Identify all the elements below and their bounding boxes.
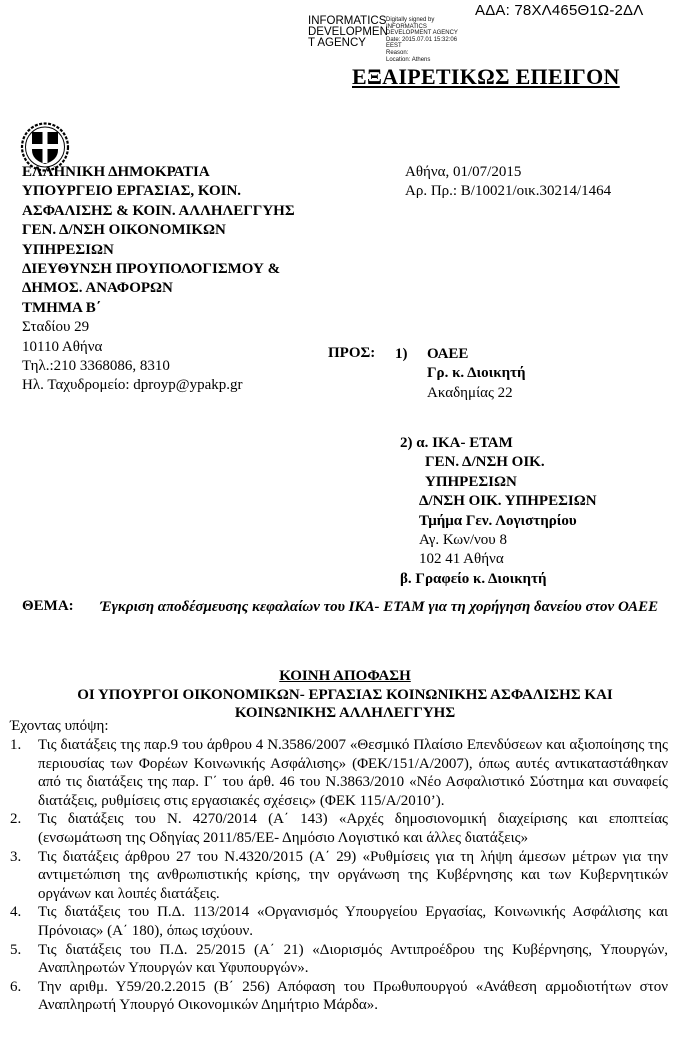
recipient-line: Τμήμα Γεν. Λογιστηρίου xyxy=(400,512,597,531)
protocol-number: Αρ. Πρ.: Β/10021/οικ.30214/1464 xyxy=(405,182,611,201)
sender-line: ΥΠΗΡΕΣΙΩΝ xyxy=(22,241,295,260)
decision-title: ΚΟΙΝΗ ΑΠΟΦΑΣΗ xyxy=(0,668,690,685)
sender-line: ΑΣΦΑΛΙΣΗΣ & ΚΟΙΝ. ΑΛΛΗΛΕΓΓΥΗΣ xyxy=(22,202,295,221)
sender-line: ΥΠΟΥΡΓΕΙΟ ΕΡΓΑΣΙΑΣ, ΚΟΙΝ. xyxy=(22,182,295,201)
recipient-number: 1) xyxy=(395,345,408,364)
list-item: 5.Τις διατάξεις του Π.Δ. 25/2015 (Α΄ 21)… xyxy=(10,941,668,978)
item-text: Τις διατάξεις του Ν. 4270/2014 (Α΄ 143) … xyxy=(38,811,668,846)
sender-line: ΓΕΝ. Δ/ΝΣΗ ΟΙΚΟΝΟΜΙΚΩΝ xyxy=(22,221,295,240)
signature-metadata: Digitally signed by INFORMATICS DEVELOPM… xyxy=(386,17,458,63)
recipient-line: ΥΠΗΡΕΣΙΩΝ xyxy=(400,473,597,492)
item-text: Τις διατάξεις του Π.Δ. 25/2015 (Α΄ 21) «… xyxy=(38,942,668,977)
recipient-line: Δ/ΝΣΗ ΟΙΚ. ΥΠΗΡΕΣΙΩΝ xyxy=(400,492,597,511)
recipient-beta: β. Γραφείο κ. Διοικητή xyxy=(400,570,597,589)
item-number: 5. xyxy=(10,941,21,960)
digital-signer: INFORMATICS DEVELOPMEN T AGENCY xyxy=(308,16,388,49)
sender-line: ΔΙΕΥΘΥΝΣΗ ΠΡΟΥΠΟΛΟΓΙΣΜΟΥ & xyxy=(22,260,295,279)
signature-meta-line: EEST xyxy=(386,43,458,50)
item-number: 6. xyxy=(10,978,21,997)
sender-city: 10110 Αθήνα xyxy=(22,338,295,357)
list-item: 4.Τις διατάξεις του Π.Δ. 113/2014 «Οργαν… xyxy=(10,903,668,940)
signer-line: T AGENCY xyxy=(308,38,388,49)
recipients-label: ΠΡΟΣ: xyxy=(328,345,375,362)
list-item: 2.Τις διατάξεις του Ν. 4270/2014 (Α΄ 143… xyxy=(10,810,668,847)
recipient-address: Αγ. Κων/νου 8 xyxy=(400,531,597,550)
recipient-head: 2) α. ΙΚΑ- ΕΤΑΜ xyxy=(400,434,597,453)
sender-block: ΕΛΛΗΝΙΚΗ ΔΗΜΟΚΡΑΤΙΑ ΥΠΟΥΡΓΕΙΟ ΕΡΓΑΣΙΑΣ, … xyxy=(22,163,295,396)
sender-line: ΕΛΛΗΝΙΚΗ ΔΗΜΟΚΡΑΤΙΑ xyxy=(22,163,295,182)
list-item: 3.Τις διατάξεις άρθρου 27 του Ν.4320/201… xyxy=(10,848,668,904)
sender-line: ΤΜΗΜΑ Β΄ xyxy=(22,299,295,318)
signature-meta-line: DEVELOPMENT AGENCY xyxy=(386,30,458,37)
item-text: Τις διατάξεις της παρ.9 του άρθρου 4 Ν.3… xyxy=(38,737,668,809)
date-block: Αθήνα, 01/07/2015 Αρ. Πρ.: Β/10021/οικ.3… xyxy=(405,163,611,202)
recipient-2: 2) α. ΙΚΑ- ΕΤΑΜ ΓΕΝ. Δ/ΝΣΗ ΟΙΚ. ΥΠΗΡΕΣΙΩ… xyxy=(400,434,597,589)
item-number: 1. xyxy=(10,736,21,755)
item-text: Τις διατάξεις άρθρου 27 του Ν.4320/2015 … xyxy=(38,849,668,902)
signature-meta-line: Digitally signed by xyxy=(386,17,458,24)
recipient-name: ΟΑΕΕ xyxy=(427,345,526,364)
sender-email[interactable]: Ηλ. Ταχυδρομείο: dproyp@ypakp.gr xyxy=(22,376,295,395)
recipient-attention: Γρ. κ. Διοικητή xyxy=(427,364,526,383)
ministers-heading: ΟΙ ΥΠΟΥΡΓΟΙ ΟΙΚΟΝΟΜΙΚΩΝ- ΕΡΓΑΣΙΑΣ ΚΟΙΝΩΝ… xyxy=(0,686,690,722)
signature-meta-line: INFORMATICS xyxy=(386,24,458,31)
signature-meta-line: Reason: xyxy=(386,50,458,57)
recipient-city: 102 41 Αθήνα xyxy=(400,550,597,569)
item-text: Την αριθμ. Υ59/20.2.2015 (Β΄ 256) Απόφασ… xyxy=(38,979,668,1014)
list-item: 1.Τις διατάξεις της παρ.9 του άρθρου 4 Ν… xyxy=(10,736,668,810)
ada-code: ΑΔΑ: 78ΧΛ465Θ1Ω-2ΔΛ xyxy=(475,2,644,19)
subject-text: Έγκριση αποδέσμευσης κεφαλαίων του ΙΚΑ- … xyxy=(100,598,660,617)
list-item: 6.Την αριθμ. Υ59/20.2.2015 (Β΄ 256) Απόφ… xyxy=(10,978,668,1015)
ministers-text: ΟΙ ΥΠΟΥΡΓΟΙ ΟΙΚΟΝΟΜΙΚΩΝ- ΕΡΓΑΣΙΑΣ ΚΟΙΝΩΝ… xyxy=(65,686,625,722)
sender-phone: Τηλ.:210 3368086, 8310 xyxy=(22,357,295,376)
subject-label: ΘΕΜΑ: xyxy=(22,598,74,615)
sender-address: Σταδίου 29 xyxy=(22,318,295,337)
item-text: Τις διατάξεις του Π.Δ. 113/2014 «Οργανισ… xyxy=(38,904,668,939)
item-number: 4. xyxy=(10,903,21,922)
sender-line: ΔΗΜΟΣ. ΑΝΑΦΟΡΩΝ xyxy=(22,279,295,298)
having-regard: Έχοντας υπόψη: xyxy=(10,718,109,735)
urgency-label: ΕΞΑΙΡΕΤΙΚΩΣ ΕΠΕΙΓΟΝ xyxy=(352,64,620,90)
item-number: 2. xyxy=(10,810,21,829)
signature-meta-line: Location: Athens xyxy=(386,57,458,64)
recipient-address: Ακαδημίας 22 xyxy=(427,384,526,403)
signature-meta-line: Date: 2015.07.01 15:32:06 xyxy=(386,37,458,44)
recipient-1: 1) ΟΑΕΕ Γρ. κ. Διοικητή Ακαδημίας 22 xyxy=(427,345,526,403)
considerations-list: 1.Τις διατάξεις της παρ.9 του άρθρου 4 Ν… xyxy=(10,736,668,1015)
recipient-line: ΓΕΝ. Δ/ΝΣΗ ΟΙΚ. xyxy=(400,453,597,472)
item-number: 3. xyxy=(10,848,21,867)
document-date: Αθήνα, 01/07/2015 xyxy=(405,163,611,182)
